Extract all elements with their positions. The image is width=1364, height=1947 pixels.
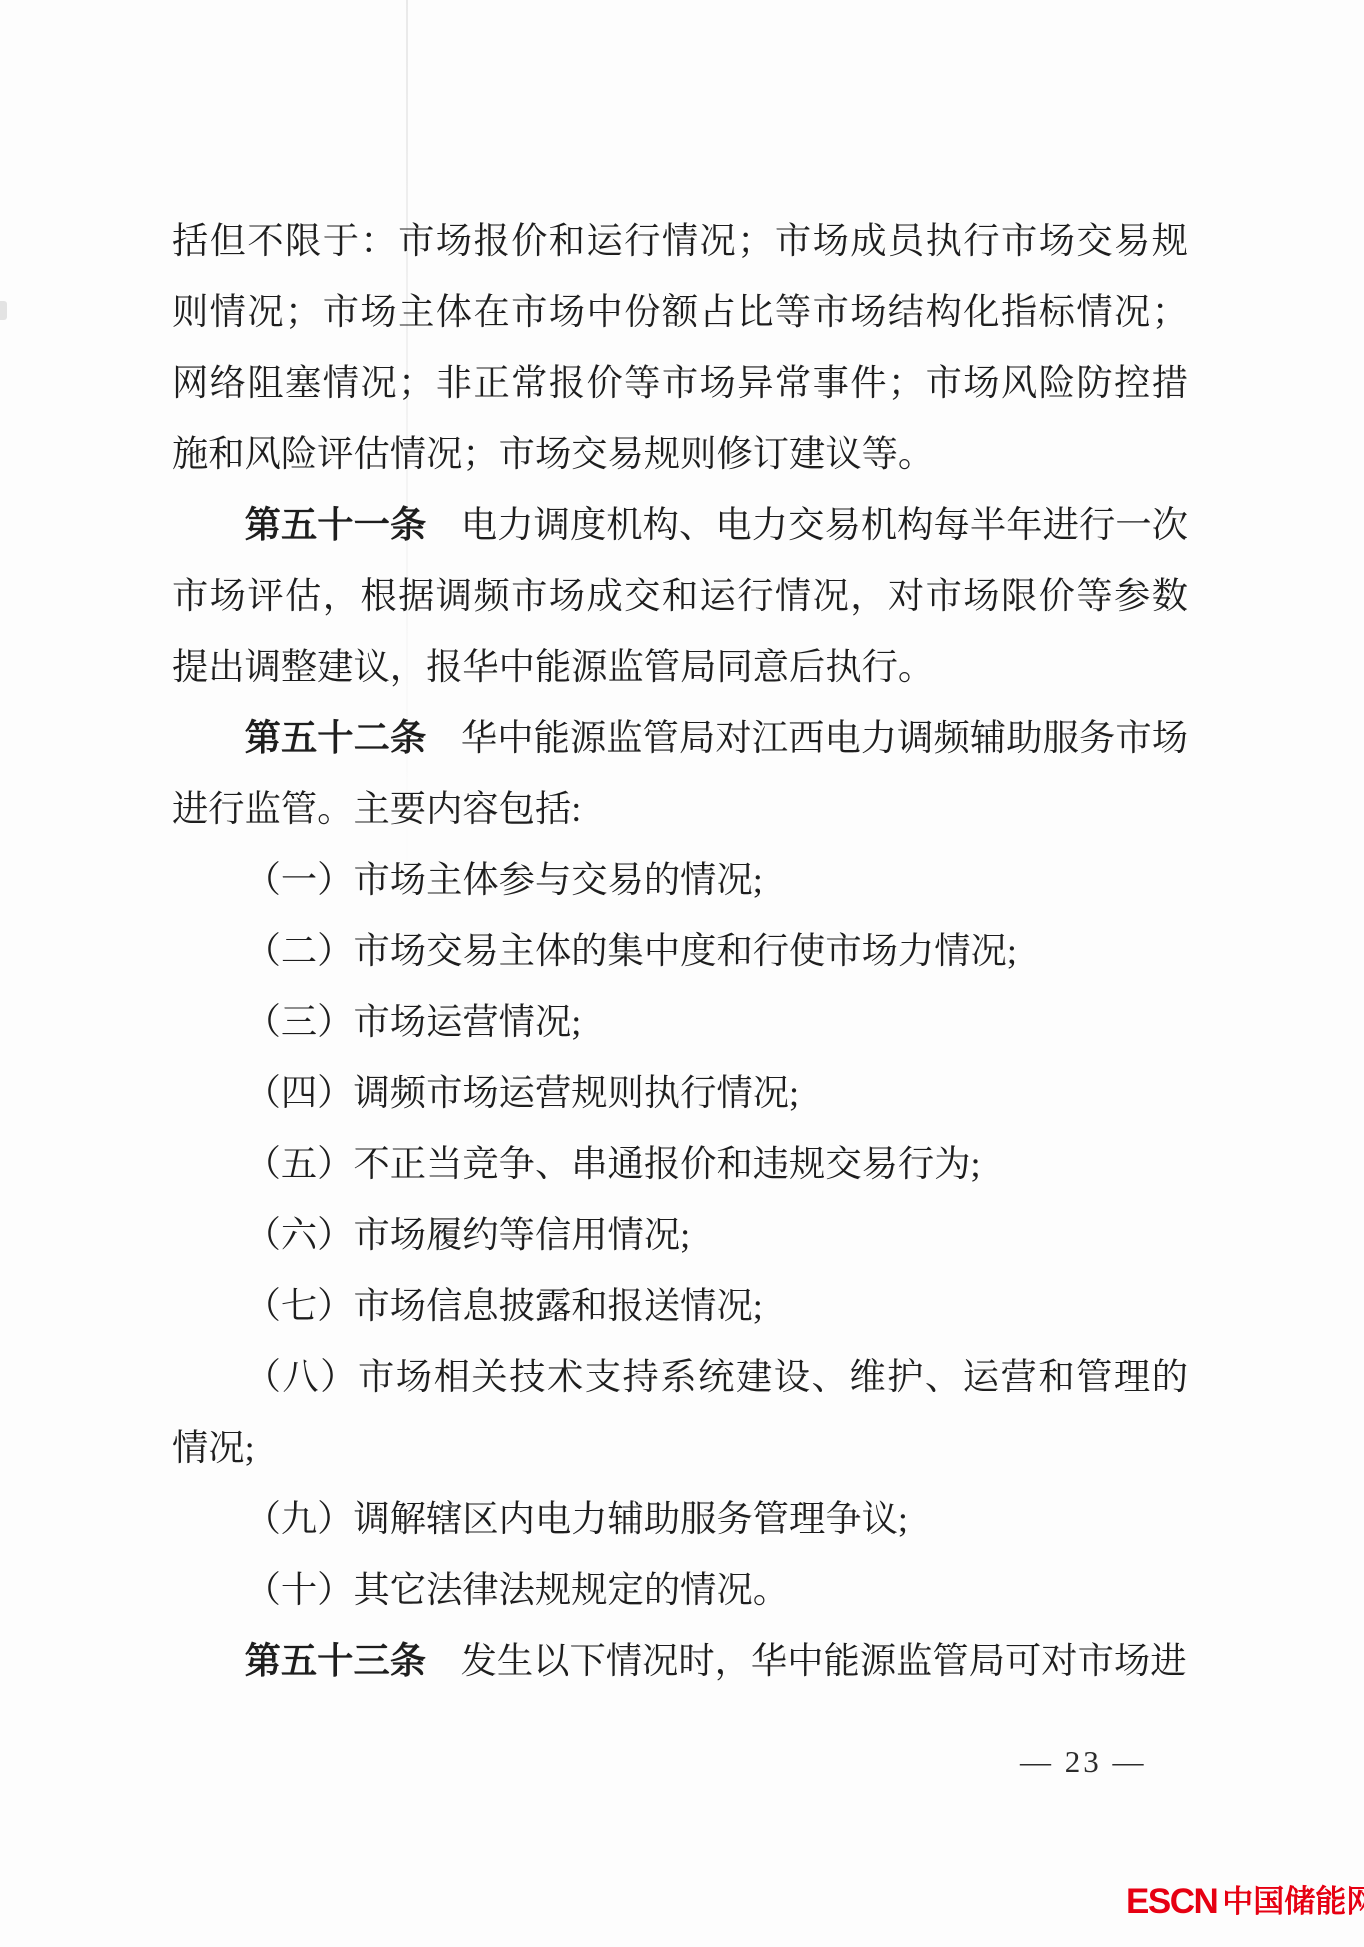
list-item-9: （九）调解辖区内电力辅助服务管理争议; <box>172 1484 1188 1555</box>
article-51: 第五十一条电力调度机构、电力交易机构每半年进行一次市场评估，根据调频市场成交和运… <box>172 490 1188 703</box>
list-item-5: （五）不正当竞争、串通报价和违规交易行为; <box>172 1129 1188 1200</box>
page-number: — 23 — <box>1020 1744 1147 1780</box>
list-item-8: （八）市场相关技术支持系统建设、维护、运营和管理的情况; <box>172 1342 1188 1484</box>
list-item-2: （二）市场交易主体的集中度和行使市场力情况; <box>172 916 1188 987</box>
article-number-heading: 第五十一条 <box>245 505 427 545</box>
article-number-heading: 第五十三条 <box>245 1641 426 1681</box>
article-52: 第五十二条华中能源监管局对江西电力调频辅助服务市场进行监管。主要内容包括: <box>172 703 1188 845</box>
list-item-1: （一）市场主体参与交易的情况; <box>172 845 1188 916</box>
escn-logo-latin: ESCN <box>1126 1884 1217 1919</box>
document-body: 括但不限于：市场报价和运行情况；市场成员执行市场交易规则情况；市场主体在市场中份… <box>172 206 1188 1697</box>
list-item-10: （十）其它法律法规规定的情况。 <box>172 1555 1188 1626</box>
list-item-4: （四）调频市场运营规则执行情况; <box>172 1058 1188 1129</box>
list-item-6: （六）市场履约等信用情况; <box>172 1200 1188 1271</box>
article-53: 第五十三条发生以下情况时，华中能源监管局可对市场进 <box>172 1626 1188 1697</box>
paragraph-continuation: 括但不限于：市场报价和运行情况；市场成员执行市场交易规则情况；市场主体在市场中份… <box>172 206 1188 490</box>
scan-artifact-edge-mark <box>0 301 7 320</box>
list-item-3: （三）市场运营情况; <box>172 987 1188 1058</box>
list-item-7: （七）市场信息披露和报送情况; <box>172 1271 1188 1342</box>
document-page: 括但不限于：市场报价和运行情况；市场成员执行市场交易规则情况；市场主体在市场中份… <box>0 0 1364 1947</box>
escn-logo: ESCN 中国储能网 <box>1126 1884 1364 1919</box>
article-number-heading: 第五十二条 <box>245 718 427 758</box>
escn-logo-chinese: 中国储能网 <box>1222 1886 1364 1917</box>
